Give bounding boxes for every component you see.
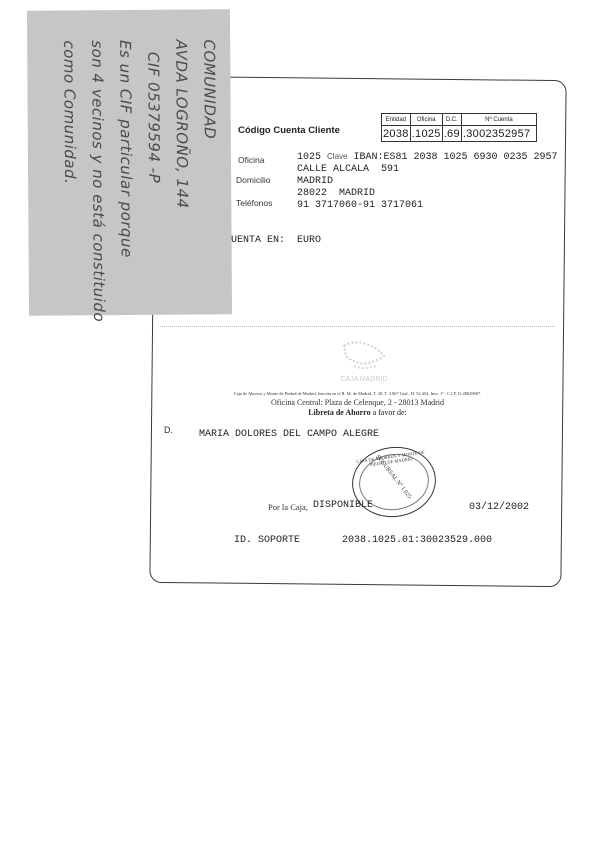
note-line: AVDA LOGROÑO, 144 xyxy=(167,40,197,322)
disponible-text: DISPONIBLE xyxy=(313,500,373,511)
oficina-label: Oficina xyxy=(238,155,264,165)
domicilio-label: Domicilio xyxy=(236,175,270,185)
note-line: como Comunidad. xyxy=(55,40,85,322)
central-office: Oficina Central: Plaza de Celenque, 2 - … xyxy=(160,398,555,407)
ccc-table: Entidad Oficina D.C. Nº Cuenta 2038 .102… xyxy=(381,113,537,142)
ccc-header-entidad: Entidad xyxy=(382,114,411,126)
note-line: son 4 vecinos y no está constituido xyxy=(83,40,113,322)
ccc-title: Código Cuenta Cliente xyxy=(238,125,340,136)
clave-label: Clave xyxy=(327,152,347,161)
bank-logo: CAJA MADRID xyxy=(322,338,406,388)
fold-divider xyxy=(160,326,555,327)
libreta-heading: Libreta de Ahorro a favor de: xyxy=(160,408,555,417)
holder-name: MARIA DOLORES DEL CAMPO ALEGRE xyxy=(199,429,379,440)
ccc-entidad: 2038 xyxy=(382,126,411,142)
logo-text: CAJA MADRID xyxy=(322,376,406,383)
note-line: Es un CIF particular porque xyxy=(111,40,141,322)
sticky-note: COMUNIDAD AVDA LOGROÑO, 144 CIF 05379594… xyxy=(27,9,232,315)
ccc-oficina: .1025 xyxy=(410,126,442,142)
telefonos-label: Teléfonos xyxy=(236,198,272,208)
handwritten-note: COMUNIDAD AVDA LOGROÑO, 144 CIF 05379594… xyxy=(55,39,225,322)
ccc-header-cuenta: Nº Cuenta xyxy=(461,114,536,126)
iban-value: IBAN:ES81 2038 1025 6930 0235 2957 xyxy=(354,152,558,163)
address-line-2: MADRID xyxy=(297,176,333,187)
bear-tree-logo-icon xyxy=(334,338,394,374)
holder-prefix: D. xyxy=(164,425,173,435)
note-line: COMUNIDAD xyxy=(195,39,225,321)
ccc-header-oficina: Oficina xyxy=(410,114,442,126)
libreta-bold: Libreta de Ahorro xyxy=(308,408,370,417)
note-line: CIF 05379594 -P xyxy=(139,40,169,322)
address-line-3: 28022 MADRID xyxy=(297,188,375,199)
ccc-cuenta: .3002352957 xyxy=(461,126,536,142)
legal-text: Caja de Ahorros y Monte de Piedad de Mad… xyxy=(160,391,555,396)
ccc-header-dc: D.C. xyxy=(442,114,461,126)
ccc-dc: .69 xyxy=(442,126,461,142)
address-line-1: CALLE ALCALA 591 xyxy=(297,164,399,175)
telefonos-value: 91 3717060-91 3717061 xyxy=(297,200,423,211)
issue-date: 03/12/2002 xyxy=(469,502,529,513)
por-la-caja-label: Por la Caja, xyxy=(268,502,308,512)
id-soporte-label: ID. SOPORTE xyxy=(234,535,300,546)
libreta-rest: a favor de: xyxy=(371,408,407,417)
oficina-iban-line: 1025 Clave IBAN:ES81 2038 1025 6930 0235… xyxy=(297,152,558,163)
id-soporte-value: 2038.1025.01:30023529.000 xyxy=(342,535,492,546)
currency-line: CUENTA EN: EURO xyxy=(225,235,321,246)
oficina-value: 1025 xyxy=(297,152,321,163)
